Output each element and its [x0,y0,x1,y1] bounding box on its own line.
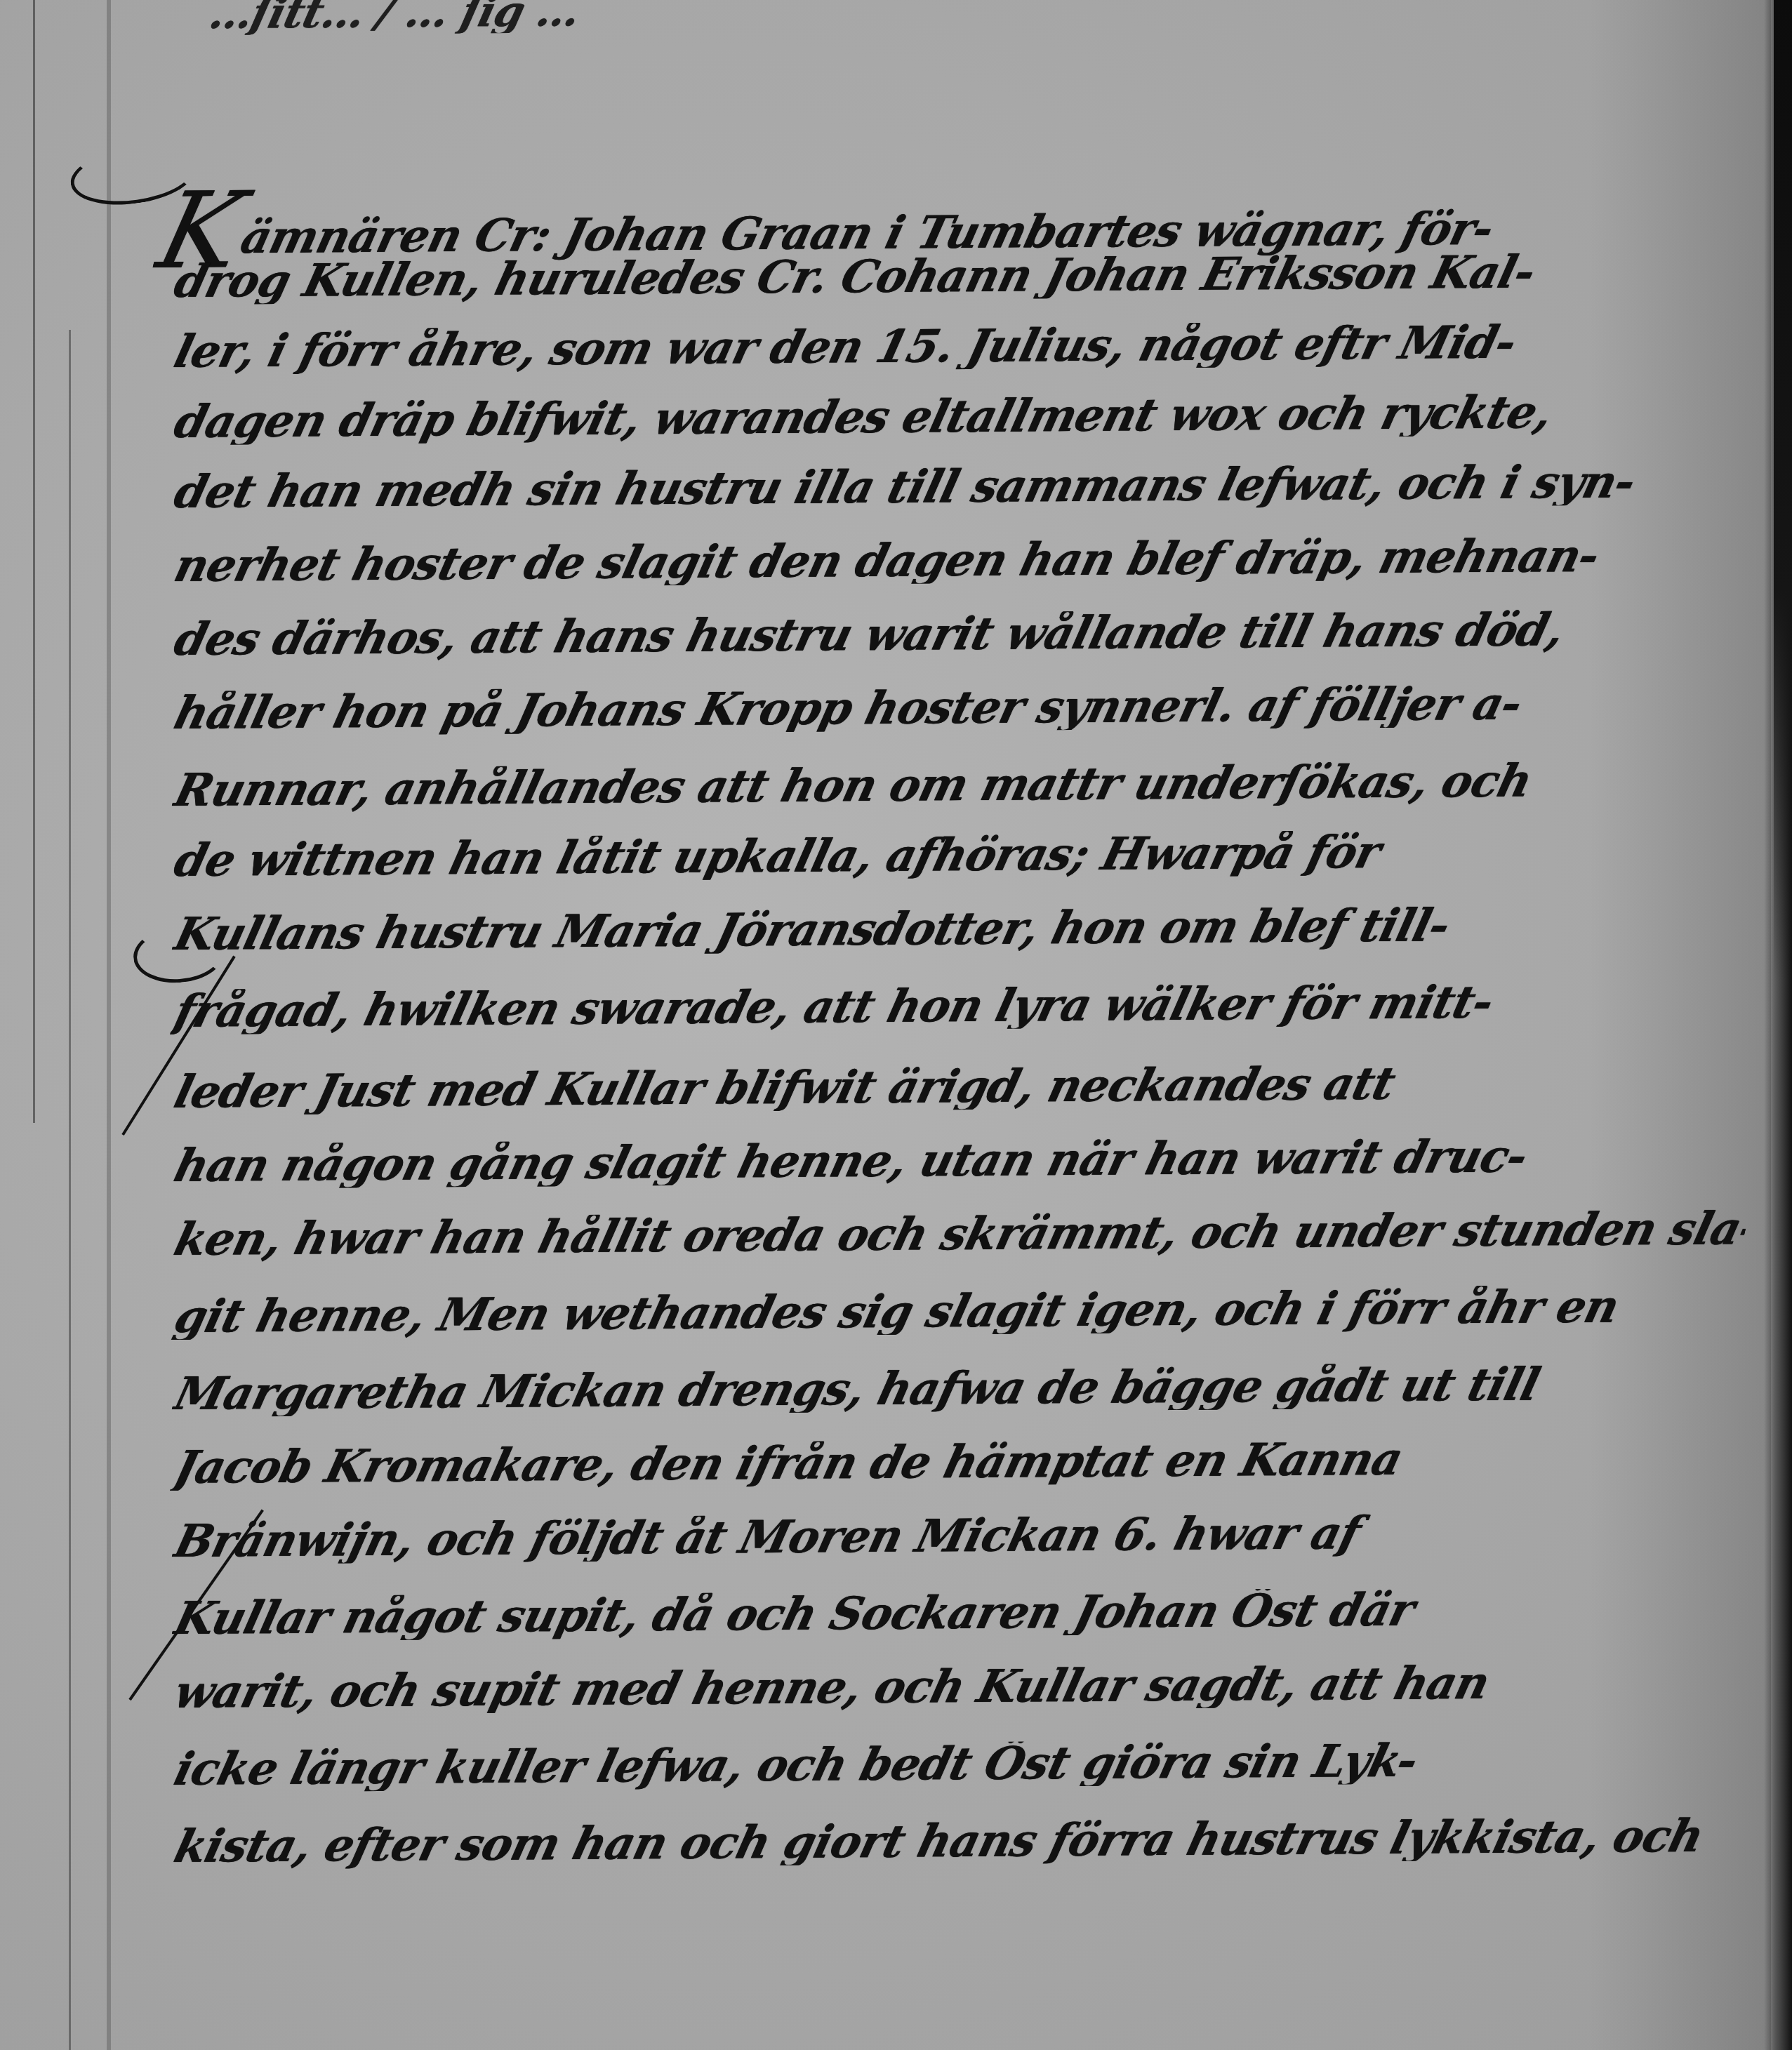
text-line: Bränwijn, och följdt åt Moren Mickan 6. … [170,1508,1751,1564]
text-line: nerhet hoster de slagit den dagen han bl… [170,533,1751,589]
text-line: des därhos, att hans hustru warit wållan… [170,606,1751,663]
text-line: warit, och supit med henne, och Kullar s… [170,1659,1751,1715]
text-line: det han medh sin hustru illa till samman… [170,459,1751,515]
margin-rule [69,330,71,2050]
margin-rule [33,0,35,1123]
text-line: Margaretha Mickan drengs, hafwa de bägge… [170,1361,1751,1417]
manuscript-page: …ſitt… / … ſig … Kämnären Cr: Johan Graa… [0,0,1792,2050]
text-line: frågad, hwilken swarade, att hon lyra wä… [170,978,1751,1034]
text-line: dagen dräp blifwit, warandes eltallment … [170,389,1751,445]
binding-edge [1774,0,1792,983]
text-line: Kullans hustru Maria Jöransdotter, hon o… [170,901,1751,957]
previous-page-fragment: …ſitt… / … ſig … [206,0,1751,35]
text-line: de wittnen han låtit upkalla, afhöras; H… [170,827,1751,884]
text-line: Kullar något supit, då och Sockaren Joha… [170,1585,1751,1642]
margin-rule [107,0,111,2050]
text-line: ken, hwar han hållit oreda och skrämmt, … [170,1206,1751,1263]
text-line: ler, i förr åhre, som war den 15. Julius… [170,319,1751,375]
text-line: leder Just med Kullar blifwit ärigd, nec… [170,1059,1751,1115]
text-line: Jacob Kromakare, den ifrån de hämptat en… [170,1435,1751,1491]
text-line: Runnar, anhållandes att hon om mattr und… [170,757,1751,813]
text-line: håller hon på Johans Kropp hoster synner… [170,680,1751,736]
text-line: kista, efter som han och giort hans förr… [170,1813,1751,1870]
text-line: han någon gång slagit henne, utan när ha… [170,1133,1751,1189]
text-line: icke längr kuller lefwa, och bedt Öst gi… [170,1736,1751,1792]
text-line: git henne, Men wethandes sig slagit igen… [170,1284,1751,1340]
